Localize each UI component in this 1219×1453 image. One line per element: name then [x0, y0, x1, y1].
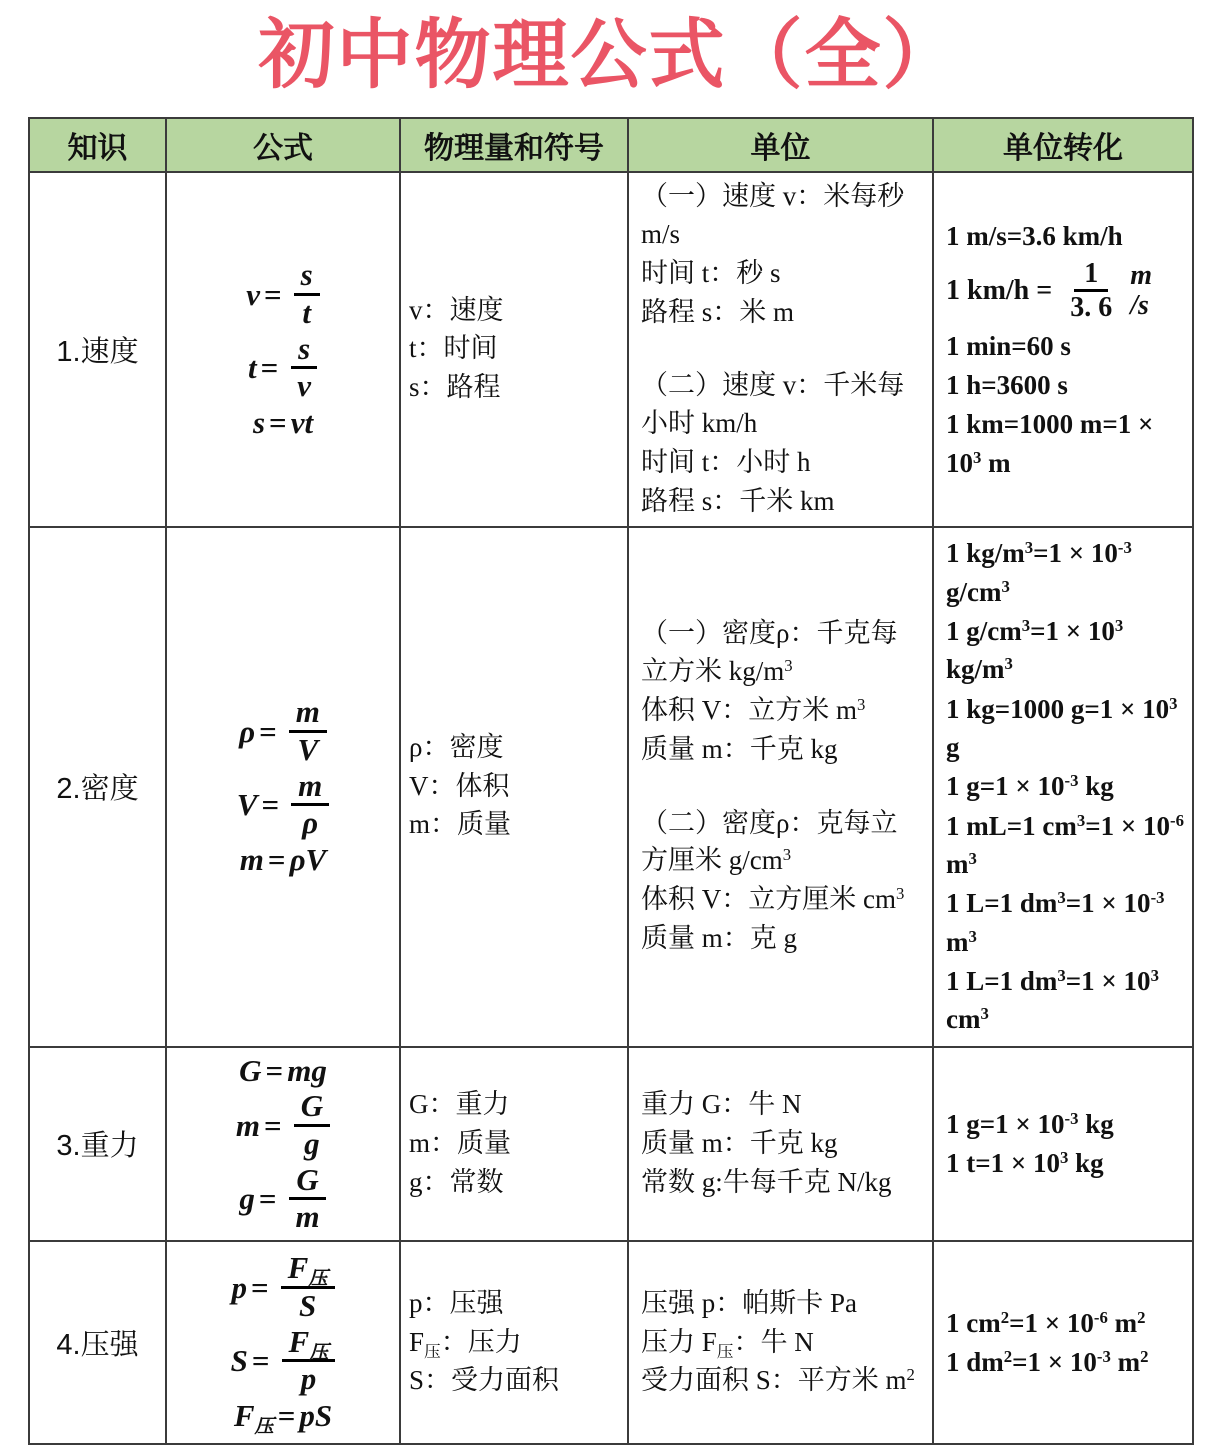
unit-spacer [641, 770, 924, 804]
formula-line: m=Gg [175, 1089, 391, 1161]
formula-lhs: s [253, 405, 265, 441]
unit-line: 体积 V：立方米 m3 [641, 692, 924, 730]
unit-line: 常数 g:牛每千克 N/kg [641, 1164, 924, 1202]
fraction-denominator: m [289, 1200, 327, 1235]
formula-rhs: mg [287, 1053, 327, 1089]
formula-lhs: V [237, 787, 258, 823]
equals-sign: = [251, 1270, 269, 1306]
knowledge-cell: 4.压强 [29, 1241, 166, 1444]
conversion-line: 1 kg/m3=1 × 10-3 g/cm3 [946, 534, 1184, 611]
conversion-fraction-line: 1 km/h =13. 6m/s [946, 258, 1184, 324]
fraction: F压p [282, 1325, 336, 1397]
unit-line: （二）速度 v：千米每小时 km/h [641, 367, 924, 443]
fraction: F压S [281, 1251, 335, 1323]
symbols-cell: v：速度t：时间s：路程 [400, 172, 628, 526]
conversion-unit-top: m [1130, 261, 1152, 290]
symbol-line: p：压强 [409, 1285, 619, 1323]
conversion-line: 1 t=1 × 103 kg [946, 1144, 1184, 1182]
table-row: 4.压强p=F压SS=F压pF压=pSp：压强F压：压力S：受力面积压强 p：帕… [29, 1241, 1193, 1444]
fraction-numerator: s [294, 258, 320, 296]
fraction-denominator: g [297, 1127, 327, 1162]
fraction-denominator: 3. 6 [1060, 292, 1122, 323]
fraction-denominator: v [290, 369, 318, 404]
unit-line: 压力 F压：牛 N [641, 1324, 924, 1362]
formula-lhs: t [248, 350, 257, 386]
unit-line: 压强 p：帕斯卡 Pa [641, 1285, 924, 1323]
conversion-prefix: 1 km/h = [946, 271, 1052, 311]
symbol-line: m：质量 [409, 806, 619, 844]
conversions-cell: 1 cm2=1 × 10-6 m21 dm2=1 × 10-3 m2 [933, 1241, 1193, 1444]
page: 初中物理公式（全） 知识 公式 物理量和符号 单位 单位转化 1.速度v=stt… [0, 10, 1219, 1445]
formula-line: G=mg [175, 1053, 391, 1089]
conversions-cell: 1 m/s=3.6 km/h1 km/h =13. 6m/s1 min=60 s… [933, 172, 1193, 526]
equals-sign: = [264, 277, 282, 313]
equals-sign: = [268, 842, 286, 878]
unit-line: 时间 t：秒 s [641, 255, 924, 293]
unit-line: （一）速度 v：米每秒 m/s [641, 178, 924, 254]
fraction-numerator: s [291, 332, 317, 370]
formula-line: V=mρ [175, 769, 391, 841]
column-header-units: 单位 [628, 118, 933, 172]
conversion-unit-stack: m/s [1130, 261, 1152, 320]
conversion-line: 1 cm2=1 × 10-6 m2 [946, 1304, 1184, 1342]
fraction-numerator: 1 [1074, 258, 1108, 292]
symbols-cell: G：重力m：质量g：常数 [400, 1047, 628, 1242]
symbols-cell: ρ：密度V：体积m：质量 [400, 527, 628, 1047]
unit-spacer [641, 332, 924, 366]
knowledge-cell: 3.重力 [29, 1047, 166, 1242]
fraction-numerator: F压 [282, 1325, 336, 1363]
symbol-line: g：常数 [409, 1164, 619, 1202]
formula-lhs: g [239, 1181, 255, 1217]
fraction-numerator: G [294, 1089, 330, 1127]
unit-line: 路程 s：米 m [641, 294, 924, 332]
conversion-line: 1 mL=1 cm3=1 × 10-6 m3 [946, 807, 1184, 884]
column-header-conversions: 单位转化 [933, 118, 1193, 172]
unit-line: 质量 m：千克 kg [641, 731, 924, 769]
fraction: sv [290, 332, 318, 404]
table-body: 1.速度v=stt=svs=vtv：速度t：时间s：路程（一）速度 v：米每秒 … [29, 172, 1193, 1444]
header-row: 知识 公式 物理量和符号 单位 单位转化 [29, 118, 1193, 172]
unit-line: 重力 G：牛 N [641, 1086, 924, 1124]
equals-sign: = [266, 1053, 284, 1089]
fraction: mV [289, 695, 327, 767]
formula-line: g=Gm [175, 1163, 391, 1235]
formula-cell: ρ=mVV=mρm=ρV [166, 527, 400, 1047]
units-cell: 重力 G：牛 N质量 m：千克 kg常数 g:牛每千克 N/kg [628, 1047, 933, 1242]
formula-lhs: m [240, 842, 264, 878]
equals-sign: = [264, 1108, 282, 1144]
units-cell: （一）密度ρ：千克每立方米 kg/m3体积 V：立方米 m3质量 m：千克 kg… [628, 527, 933, 1047]
equals-sign: = [269, 405, 287, 441]
conversion-line: 1 g/cm3=1 × 103 kg/m3 [946, 612, 1184, 689]
fraction: 13. 6 [1060, 258, 1122, 324]
conversion-line: 1 m/s=3.6 km/h [946, 217, 1184, 255]
formula-table: 知识 公式 物理量和符号 单位 单位转化 1.速度v=stt=svs=vtv：速… [28, 117, 1194, 1445]
page-title: 初中物理公式（全） [0, 10, 1219, 101]
formula-lhs: F压 [234, 1398, 274, 1434]
formula-rhs: pS [299, 1398, 332, 1434]
symbol-line: V：体积 [409, 768, 619, 806]
equals-sign: = [259, 714, 277, 750]
unit-line: 路程 s：千米 km [641, 483, 924, 521]
fraction-numerator: G [289, 1163, 325, 1201]
fraction-numerator: F压 [281, 1251, 335, 1289]
formula-lhs: G [239, 1053, 261, 1089]
equals-sign: = [261, 350, 279, 386]
column-header-knowledge: 知识 [29, 118, 166, 172]
unit-line: 质量 m：克 g [641, 920, 924, 958]
symbol-line: G：重力 [409, 1086, 619, 1124]
unit-line: 时间 t：小时 h [641, 444, 924, 482]
fraction: Gg [294, 1089, 330, 1161]
units-cell: 压强 p：帕斯卡 Pa压力 F压：牛 N受力面积 S：平方米 m2 [628, 1241, 933, 1444]
equals-sign: = [252, 1343, 270, 1379]
symbol-line: ρ：密度 [409, 729, 619, 767]
formula-cell: G=mgm=Ggg=Gm [166, 1047, 400, 1242]
equals-sign: = [278, 1398, 296, 1434]
fraction: mρ [291, 769, 329, 841]
formula-line: m=ρV [175, 842, 391, 878]
fraction: st [294, 258, 320, 330]
conversion-line: 1 km=1000 m=1 × 103 m [946, 405, 1184, 482]
table-row: 3.重力G=mgm=Ggg=GmG：重力m：质量g：常数重力 G：牛 N质量 m… [29, 1047, 1193, 1242]
symbol-line: v：速度 [409, 292, 619, 330]
fraction-denominator: ρ [295, 806, 325, 841]
equals-sign: = [261, 787, 279, 823]
table-row: 1.速度v=stt=svs=vtv：速度t：时间s：路程（一）速度 v：米每秒 … [29, 172, 1193, 526]
formula-lhs: ρ [239, 714, 255, 750]
equals-sign: = [259, 1181, 277, 1217]
conversion-line: 1 kg=1000 g=1 × 103 g [946, 690, 1184, 767]
column-header-symbols: 物理量和符号 [400, 118, 628, 172]
knowledge-cell: 2.密度 [29, 527, 166, 1047]
unit-line: （二）密度ρ：克每立方厘米 g/cm3 [641, 805, 924, 881]
fraction-denominator: S [292, 1289, 323, 1324]
unit-line: 体积 V：立方厘米 cm3 [641, 881, 924, 919]
formula-lhs: S [231, 1343, 248, 1379]
symbol-line: m：质量 [409, 1125, 619, 1163]
formula-lhs: v [246, 277, 260, 313]
fraction: Gm [289, 1163, 327, 1235]
column-header-formula: 公式 [166, 118, 400, 172]
unit-line: （一）密度ρ：千克每立方米 kg/m3 [641, 615, 924, 691]
fraction-denominator: p [294, 1362, 324, 1397]
formula-line: S=F压p [175, 1325, 391, 1397]
symbol-line: S：受力面积 [409, 1362, 619, 1400]
formula-line: F压=pS [175, 1398, 391, 1434]
conversions-cell: 1 kg/m3=1 × 10-3 g/cm31 g/cm3=1 × 103 kg… [933, 527, 1193, 1047]
symbol-line: s：路程 [409, 369, 619, 407]
formula-cell: v=stt=svs=vt [166, 172, 400, 526]
formula-line: p=F压S [175, 1251, 391, 1323]
conversion-line: 1 g=1 × 10-3 kg [946, 767, 1184, 805]
unit-line: 受力面积 S：平方米 m2 [641, 1362, 924, 1400]
knowledge-cell: 1.速度 [29, 172, 166, 526]
conversion-line: 1 L=1 dm3=1 × 10-3 m3 [946, 884, 1184, 961]
units-cell: （一）速度 v：米每秒 m/s时间 t：秒 s路程 s：米 m（二）速度 v：千… [628, 172, 933, 526]
conversion-line: 1 g=1 × 10-3 kg [946, 1105, 1184, 1143]
formula-lhs: p [231, 1270, 247, 1306]
conversion-line: 1 min=60 s [946, 327, 1184, 365]
conversion-line: 1 L=1 dm3=1 × 103 cm3 [946, 962, 1184, 1039]
formula-line: ρ=mV [175, 695, 391, 767]
fraction-numerator: m [291, 769, 329, 807]
unit-line: 质量 m：千克 kg [641, 1125, 924, 1163]
fraction-denominator: t [295, 296, 318, 331]
formula-line: t=sv [175, 332, 391, 404]
formula-line: v=st [175, 258, 391, 330]
conversion-line: 1 dm2=1 × 10-3 m2 [946, 1343, 1184, 1381]
fraction-numerator: m [289, 695, 327, 733]
symbol-line: F压：压力 [409, 1324, 619, 1362]
conversion-unit-bottom: /s [1130, 291, 1149, 320]
conversions-cell: 1 g=1 × 10-3 kg1 t=1 × 103 kg [933, 1047, 1193, 1242]
formula-cell: p=F压SS=F压pF压=pS [166, 1241, 400, 1444]
symbol-line: t：时间 [409, 330, 619, 368]
formula-line: s=vt [175, 405, 391, 441]
fraction-denominator: V [290, 733, 325, 768]
formula-rhs: ρV [290, 842, 327, 878]
symbols-cell: p：压强F压：压力S：受力面积 [400, 1241, 628, 1444]
formula-lhs: m [236, 1108, 260, 1144]
table-row: 2.密度ρ=mVV=mρm=ρVρ：密度V：体积m：质量（一）密度ρ：千克每立方… [29, 527, 1193, 1047]
conversion-line: 1 h=3600 s [946, 366, 1184, 404]
formula-rhs: vt [291, 405, 313, 441]
